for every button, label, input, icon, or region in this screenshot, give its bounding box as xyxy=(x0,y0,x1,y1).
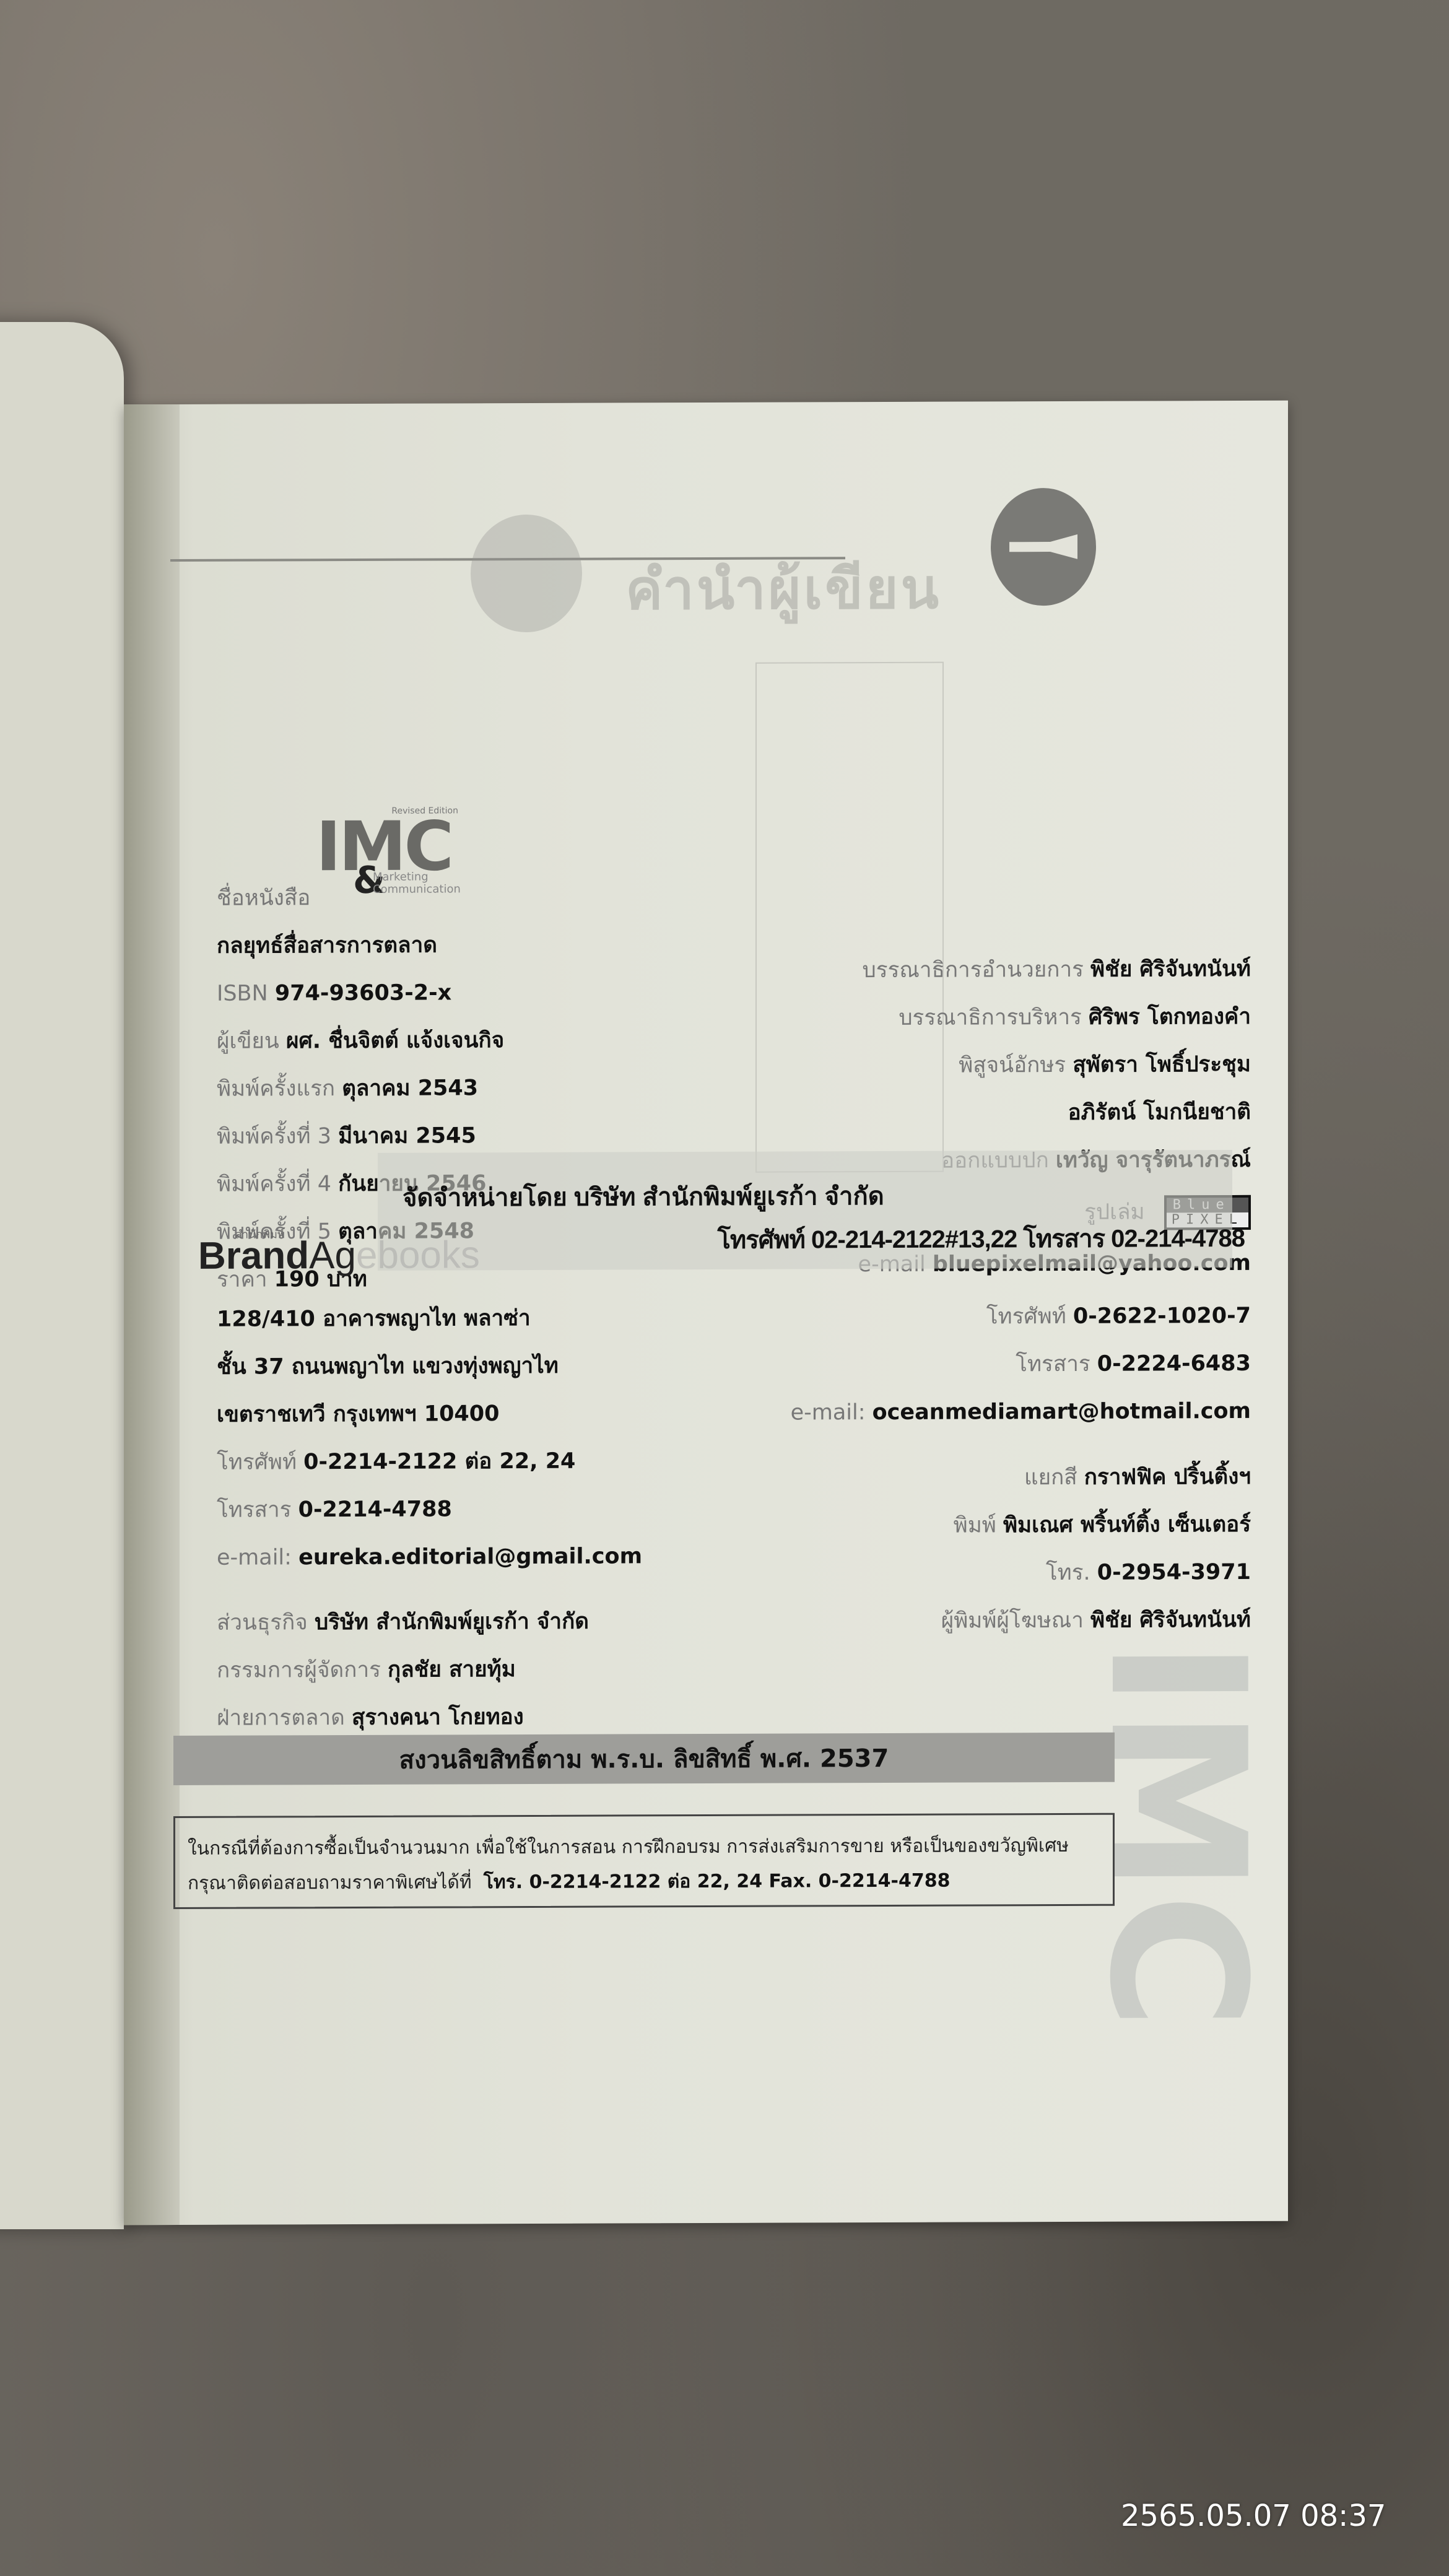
ownership-credits: ส่วนธุรกิจ บริษัท สำนักพิมพ์ยูเรก้า จำกั… xyxy=(217,1598,589,1743)
credit-label: โทรศัพท์ xyxy=(217,1450,303,1474)
credit-row: ผู้พิมพ์ผู้โฆษณา พิชัย ศิริจันทนันท์ xyxy=(941,1596,1251,1645)
credit-row: 128/410 อาคารพญาไท พลาซ่า xyxy=(217,1294,642,1343)
credit-row: e-mail: oceanmediamart@hotmail.com xyxy=(791,1388,1251,1437)
credit-row: บรรณาธิการบริหาร ศิริพร โตกทองคำ xyxy=(858,993,1251,1042)
credit-label: ชื่อหนังสือ xyxy=(217,885,310,911)
credit-row: ชั้น 37 ถนนพญาไท แขวงทุ่งพญาไท xyxy=(217,1342,642,1391)
credit-row: กรรมการผู้จัดการ กุลชัย สายทุ้ม xyxy=(217,1646,589,1695)
camera-timestamp: 2565.05.07 08:37 xyxy=(1121,2499,1386,2533)
show-through-sidebar-title: IMC xyxy=(1146,1639,1269,2259)
credit-value[interactable]: eureka.editorial@gmail.com xyxy=(298,1544,642,1570)
credit-row: โทรศัพท์ 0-2214-2122 ต่อ 22, 24 xyxy=(217,1437,642,1486)
credit-row: โทรสาร 0-2224-6483 xyxy=(791,1340,1251,1390)
credit-value: พิชัย ศิริจันทนันท์ xyxy=(1090,957,1251,982)
credit-value: ผศ. ชื่นจิตต์ แจ้งเจนกิจ xyxy=(286,1028,504,1053)
credit-label: e-mail: xyxy=(217,1545,298,1570)
credit-value: ชั้น 37 ถนนพญาไท แขวงทุ่งพญาไท xyxy=(217,1354,559,1380)
credit-value: 0-2622-1020-7 xyxy=(1073,1303,1251,1329)
credit-value: ศิริพร โตกทองคำ xyxy=(1089,1004,1251,1030)
credit-row: โทร. 0-2954-3971 xyxy=(941,1549,1251,1598)
credit-value: 0-2954-3971 xyxy=(1097,1560,1251,1585)
credit-row: เขตราชเทวี กรุงเทพฯ 10400 xyxy=(217,1390,642,1438)
credit-row: พิสูจน์อักษร สุพัตรา โพธิ์ประชุม xyxy=(858,1041,1251,1090)
credit-value: 0-2214-2122 ต่อ 22, 24 xyxy=(303,1449,575,1475)
bulk-order-contact: โทร. 0-2214-2122 ต่อ 22, 24 Fax. 0-2214-… xyxy=(484,1870,951,1894)
bulk-order-line2: กรุณาติดต่อสอบถามราคาพิเศษได้ที่ โทร. 0-… xyxy=(188,1863,1100,1901)
credit-row: e-mail: eureka.editorial@gmail.com xyxy=(217,1533,642,1582)
credit-row: ส่วนธุรกิจ บริษัท สำนักพิมพ์ยูเรก้า จำกั… xyxy=(217,1598,589,1647)
credit-label: ฝ่ายการตลาด xyxy=(217,1705,352,1731)
credit-value: สุรางคนา โกยทอง xyxy=(352,1705,524,1730)
credit-label: ผู้เขียน xyxy=(217,1029,286,1053)
credit-row: กลยุทธ์สื่อสารการตลาด xyxy=(217,921,504,970)
credit-value: 0-2214-4788 xyxy=(298,1497,452,1522)
credit-label: บรรณาธิการบริหาร xyxy=(899,1005,1089,1030)
distributor-phone: โทรศัพท์ 02-214-2122#13,22 โทรสาร 02-214… xyxy=(717,1218,1245,1260)
publisher-address: 128/410 อาคารพญาไท พลาซ่าชั้น 37 ถนนพญาไ… xyxy=(217,1294,642,1582)
credit-row: ISBN 974-93603-2-x xyxy=(217,969,504,1018)
credit-value: 0-2224-6483 xyxy=(1097,1351,1251,1377)
credit-value: บริษัท สำนักพิมพ์ยูเรก้า จำกัด xyxy=(315,1609,589,1635)
credit-label: พิมพ์ครั้งที่ 3 xyxy=(217,1124,338,1149)
credit-row: โทรศัพท์ 0-2622-1020-7 xyxy=(791,1292,1251,1342)
credit-label: โทร. xyxy=(1046,1560,1097,1585)
bulk-order-box: ในกรณีที่ต้องการซื้อเป็นจำนวนมาก เพื่อใช… xyxy=(173,1813,1115,1909)
facing-left-page xyxy=(0,322,124,2229)
credit-label: โทรสาร xyxy=(1016,1352,1097,1377)
credit-row: โทรสาร 0-2214-4788 xyxy=(217,1485,642,1534)
show-through-header: คำนำผู้เขียน xyxy=(625,544,941,634)
credit-value: ตุลาคม 2543 xyxy=(342,1076,478,1101)
credit-row: พิมพ์ครั้งแรก ตุลาคม 2543 xyxy=(217,1064,504,1113)
printing-credits: แยกสี กราฟฟิค ปริ้นติ้งฯพิมพ์ พิมเณศ พริ… xyxy=(941,1453,1251,1645)
credit-label: โทรสาร xyxy=(217,1497,298,1522)
credit-label: แยกสี xyxy=(1024,1465,1084,1490)
megaphone-icon xyxy=(991,488,1096,606)
sales-contact: โทรศัพท์ 0-2622-1020-7โทรสาร 0-2224-6483… xyxy=(791,1292,1251,1437)
credit-value: พิมเณศ พริ้นท์ติ้ง เซ็นเตอร์ xyxy=(1003,1512,1251,1538)
book-imprint-page: คำนำผู้เขียน IMC Revised Edition IMC & M… xyxy=(124,401,1288,2226)
credit-label: พิสูจน์อักษร xyxy=(959,1053,1073,1078)
credit-label: กรรมการผู้จัดการ xyxy=(217,1658,388,1683)
brandage-books-logo: สำนักพิมพ์ BrandAgebooks xyxy=(198,1233,480,1278)
show-through-circle xyxy=(471,515,582,633)
credit-label: พิมพ์ xyxy=(954,1513,1003,1538)
credit-row: แยกสี กราฟฟิค ปริ้นติ้งฯ xyxy=(941,1453,1251,1502)
credit-value: อภิรัตน์ โมกนียชาติ xyxy=(1068,1100,1251,1125)
credit-row: บรรณาธิการอำนวยการ พิชัย ศิริจันทนันท์ xyxy=(858,946,1251,994)
credit-value[interactable]: oceanmediamart@hotmail.com xyxy=(872,1399,1251,1425)
credit-row: พิมพ์ พิมเณศ พริ้นท์ติ้ง เซ็นเตอร์ xyxy=(941,1501,1251,1550)
credit-label: ISBN xyxy=(217,981,275,1006)
credit-label: e-mail: xyxy=(791,1400,872,1425)
credit-label: บรรณาธิการอำนวยการ xyxy=(863,957,1090,983)
credit-row: อภิรัตน์ โมกนียชาติ xyxy=(858,1089,1251,1138)
credit-value: กราฟฟิค ปริ้นติ้งฯ xyxy=(1084,1464,1251,1490)
credit-label: โทรศัพท์ xyxy=(986,1304,1073,1329)
credit-value: 974-93603-2-x xyxy=(275,980,451,1006)
bulk-order-line1: ในกรณีที่ต้องการซื้อเป็นจำนวนมาก เพื่อใช… xyxy=(188,1829,1100,1866)
distributor-title: จัดจำหน่ายโดย บริษัท สำนักพิมพ์ยูเรก้า จ… xyxy=(402,1176,884,1217)
credit-row: ชื่อหนังสือ xyxy=(217,874,504,923)
credit-value: สุพัตรา โพธิ์ประชุม xyxy=(1073,1052,1251,1077)
credit-value: เขตราชเทวี กรุงเทพฯ 10400 xyxy=(217,1401,500,1427)
copyright-notice: สงวนลิขสิทธิ์ตาม พ.ร.บ. ลิขสิทธิ์ พ.ศ. 2… xyxy=(173,1733,1115,1785)
credit-value: มีนาคม 2545 xyxy=(338,1123,476,1149)
page-gutter-shadow xyxy=(124,404,180,2225)
credit-value: กุลชัย สายทุ้ม xyxy=(388,1657,516,1682)
credit-label: ส่วนธุรกิจ xyxy=(217,1610,315,1635)
credit-value: 128/410 อาคารพญาไท พลาซ่า xyxy=(217,1306,531,1332)
credit-label: พิมพ์ครั้งที่ 4 xyxy=(217,1172,338,1197)
credit-row: ผู้เขียน ผศ. ชื่นจิตต์ แจ้งเจนกิจ xyxy=(217,1017,504,1066)
credit-label: พิมพ์ครั้งแรก xyxy=(217,1076,342,1102)
credit-label: ผู้พิมพ์ผู้โฆษณา xyxy=(941,1608,1090,1634)
credit-value: พิชัย ศิริจันทนันท์ xyxy=(1090,1608,1251,1633)
credit-value: กลยุทธ์สื่อสารการตลาด xyxy=(217,933,437,959)
